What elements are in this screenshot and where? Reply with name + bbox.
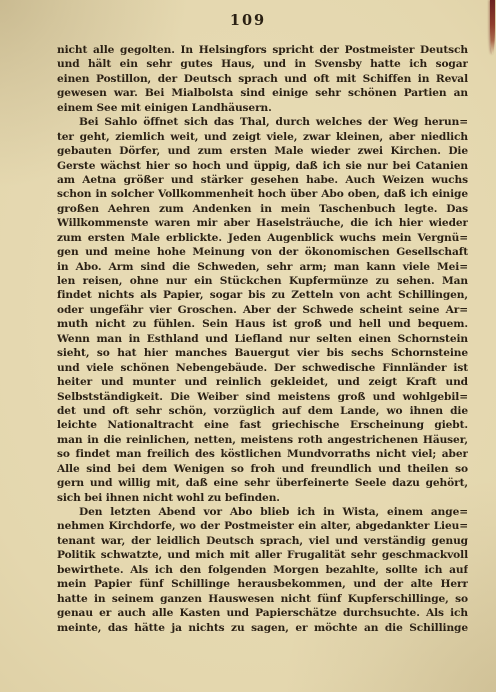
text-line: mein Papier fünf Schillinge herausbekomm… [57,577,468,591]
paragraph: nicht alle gegolten. In Helsingfors spri… [57,43,468,115]
text-block: nicht alle gegolten. In Helsingfors spri… [57,43,468,635]
text-line: det und oft sehr schön, vorzüglich auf d… [57,404,468,418]
paragraph: Bei Sahlo öffnet sich das Thal, durch we… [57,115,468,505]
text-line: hatte in seinem ganzen Hauswesen nicht f… [57,592,468,606]
text-line: so findet man freilich des köstlichen Mu… [57,447,468,461]
text-line: gewesen war. Bei Mialbolsta sind einige … [57,86,468,100]
text-line: Wenn man in Esthland und Liefland nur se… [57,332,468,346]
text-line: Alle sind bei dem Wenigen so froh und fr… [57,462,468,476]
text-line: sieht, so hat hier manches Bauergut vier… [57,346,468,360]
paragraph: Den letzten Abend vor Abo blieb ich in W… [57,505,468,635]
text-line: man in die reinlichen, netten, meistens … [57,433,468,447]
text-line: sich bei ihnen nicht wohl zu befinden. [57,491,468,505]
text-line: in Abo. Arm sind die Schweden, sehr arm;… [57,260,468,274]
text-line: muth nicht zu fühlen. Sein Haus ist groß… [57,317,468,331]
text-line: großen Aehren zum Andenken in mein Tasch… [57,202,468,216]
text-line: und viele schönen Nebengebäude. Der schw… [57,361,468,375]
text-line: einem See mit einigen Landhäusern. [57,101,468,115]
text-line: schon in solcher Vollkommenheit hoch übe… [57,187,468,201]
text-line: gen und meine hohe Meinung von der ökono… [57,245,468,259]
text-line: gern und willig mit, daß eine sehr überf… [57,476,468,490]
text-line: meinte, das hätte ja nichts zu sagen, er… [57,621,468,635]
text-line: nehmen Kirchdorfe, wo der Postmeister ei… [57,519,468,533]
text-line: Willkommenste waren mir aber Haselsträuc… [57,216,468,230]
text-line: heiter und munter und reinlich gekleidet… [57,375,468,389]
text-line: nicht alle gegolten. In Helsingfors spri… [57,43,468,57]
text-line: und hält ein sehr gutes Haus, und in Sve… [57,57,468,71]
text-line: genau er auch alle Kasten und Papierschä… [57,606,468,620]
text-line: am Aetna größer und stärker gesehen habe… [57,173,468,187]
book-page-scan: 109 nicht alle gegolten. In Helsingfors … [0,0,496,692]
text-line: Politik schwatzte, und mich mit aller Fr… [57,548,468,562]
text-line: oder ungefähr vier Groschen. Aber der Sc… [57,303,468,317]
text-line: bewirthete. Als ich den folgenden Morgen… [57,563,468,577]
text-line: len reisen, ohne nur ein Stückchen Kupfe… [57,274,468,288]
text-line: Den letzten Abend vor Abo blieb ich in W… [57,505,468,519]
text-line: einen Postillon, der Deutsch sprach und … [57,72,468,86]
text-line: Selbstständigkeit. Die Weiber sind meist… [57,390,468,404]
text-line: leichte Nationaltracht eine fast griechi… [57,418,468,432]
text-line: gebauten Dörfer, und zum ersten Male wie… [57,144,468,158]
text-line: findet nichts als Papier, sogar bis zu Z… [57,288,468,302]
text-line: tenant war, der leidlich Deutsch sprach,… [57,534,468,548]
page-number: 109 [0,12,496,29]
text-line: ter geht, ziemlich weit, und zeigt viele… [57,130,468,144]
text-line: Bei Sahlo öffnet sich das Thal, durch we… [57,115,468,129]
text-line: zum ersten Male erblickte. Jeden Augenbl… [57,231,468,245]
text-line: Gerste wächst hier so hoch und üppig, da… [57,159,468,173]
